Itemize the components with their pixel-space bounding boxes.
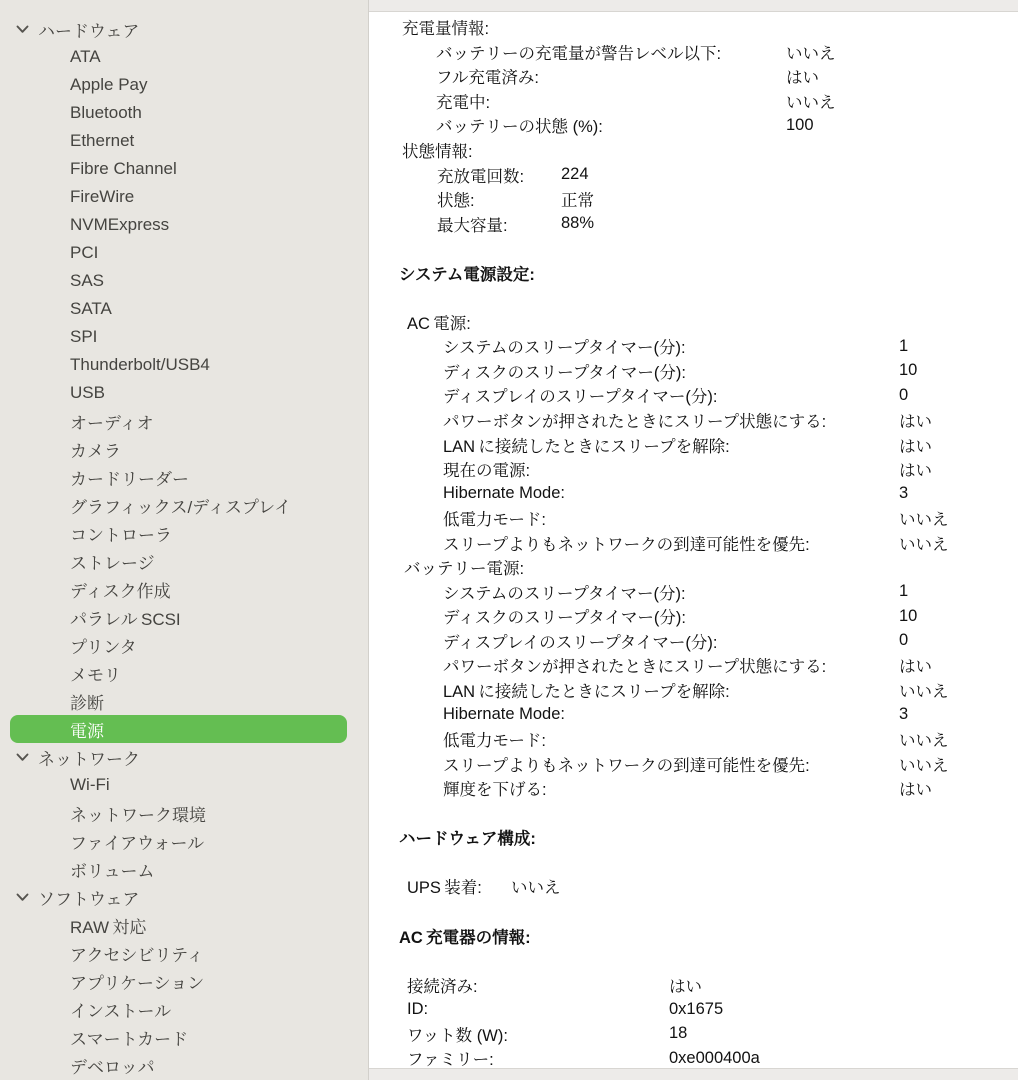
spacer-row [369,285,1018,310]
sidebar-item-13[interactable]: USB [0,379,368,407]
field-value: いいえ [899,506,949,531]
sidebar-item-label: SPI [70,327,97,347]
info-row: 現在の電源:はい [369,457,1018,482]
sidebar-item-label: Fibre Channel [70,159,177,179]
chevron-down-icon [16,25,31,34]
sidebar-item-label: メモリ [70,661,121,686]
sidebar-item-11[interactable]: SPI [0,323,368,351]
sidebar-item-8[interactable]: PCI [0,239,368,267]
sidebar-group-0[interactable]: ハードウェア [0,15,368,43]
field-label: 充放電回数: [437,163,524,187]
field-label: フル充電済み: [436,64,539,88]
field-value: 0 [899,383,908,408]
section-title-row: ハードウェア構成: [369,825,1018,850]
field-value: 1 [899,580,908,605]
info-row: UPS 装着:いいえ [369,874,1018,899]
info-row: LAN に接続したときにスリープを解除:はい [369,432,1018,457]
info-row: バッテリーの状態 (%):100 [369,113,1018,138]
sidebar-item-label: ハードウェア [38,17,139,42]
sidebar-item-label: RAW 対応 [70,913,146,938]
content-top-strip [369,0,1018,12]
sidebar-item-15[interactable]: カメラ [0,435,368,463]
spacer-row [369,948,1018,973]
field-value: はい [786,64,819,89]
field-label: 充電中: [436,89,490,113]
sidebar-item-label: 診断 [70,689,104,714]
field-value: いいえ [899,678,949,703]
sidebar-group-31[interactable]: ソフトウェア [0,883,368,911]
sidebar-item-label: ストレージ [70,549,155,574]
sidebar-item-20[interactable]: ディスク作成 [0,575,368,603]
field-value: はい [899,653,932,678]
info-row: ID:0x1675 [369,997,1018,1022]
field-value: 88% [561,211,594,236]
field-label: スリープよりもネットワークの到達可能性を優先: [443,752,810,776]
field-label: ディスクのスリープタイマー(分): [443,604,686,628]
chevron-down-icon [16,893,31,902]
sidebar-item-label: プリンタ [70,633,137,658]
field-value: 18 [669,1021,687,1046]
info-row: 状態:正常 [369,187,1018,212]
sidebar-item-7[interactable]: NVMExpress [0,211,368,239]
info-row: 低電力モード:いいえ [369,727,1018,752]
section-title: AC 充電器の情報: [399,924,531,948]
sidebar-item-label: ATA [70,47,101,67]
spacer-row [369,899,1018,924]
field-label: LAN に接続したときにスリープを解除: [443,433,730,457]
field-label: 充電量情報: [402,15,489,39]
sidebar-item-34[interactable]: アプリケーション [0,967,368,995]
sidebar-item-35[interactable]: インストール [0,995,368,1023]
sidebar-item-4[interactable]: Ethernet [0,127,368,155]
sidebar-item-label: PCI [70,243,98,263]
field-value: はい [899,408,932,433]
sidebar-item-label: FireWire [70,187,134,207]
field-value: いいえ [899,727,949,752]
sidebar-item-label: 電源 [70,717,104,742]
sidebar-item-label: Thunderbolt/USB4 [70,355,210,375]
sidebar-item-label: Bluetooth [70,103,142,123]
sidebar-item-6[interactable]: FireWire [0,183,368,211]
selection-highlight [10,715,347,743]
info-row: システムのスリープタイマー(分):1 [369,580,1018,605]
sidebar-item-1[interactable]: ATA [0,43,368,71]
power-report: 充電量情報:バッテリーの充電量が警告レベル以下:いいえフル充電済み:はい充電中:… [369,12,1018,1068]
group-title-row: AC 電源: [369,310,1018,335]
sidebar-item-30[interactable]: ボリューム [0,855,368,883]
sidebar-item-label: ネットワーク環境 [70,801,206,826]
sidebar-item-14[interactable]: オーディオ [0,407,368,435]
sidebar-item-36[interactable]: スマートカード [0,1023,368,1051]
sidebar-item-label: カードリーダー [70,465,189,490]
info-row: Hibernate Mode:3 [369,702,1018,727]
field-value: 3 [899,481,908,506]
sidebar-item-23[interactable]: メモリ [0,659,368,687]
field-value: 1 [899,334,908,359]
sidebar-item-10[interactable]: SATA [0,295,368,323]
sidebar-item-label: アクセシビリティ [70,941,204,966]
info-row: フル充電済み:はい [369,64,1018,89]
sidebar-item-label: USB [70,383,105,403]
field-value: いいえ [899,751,949,776]
field-label: 状態: [437,187,475,211]
field-label: Hibernate Mode: [443,484,565,503]
info-row: ワット数 (W):18 [369,1021,1018,1046]
sidebar-item-label: SATA [70,299,112,319]
field-label: 低電力モード: [443,727,546,751]
sidebar-item-label: SAS [70,271,104,291]
content-bottom-strip [369,1068,1018,1080]
info-row: ディスプレイのスリープタイマー(分):0 [369,629,1018,654]
field-value: いいえ [899,530,949,555]
field-value: はい [899,457,932,482]
field-label: パワーボタンが押されたときにスリープ状態にする: [443,408,826,432]
sidebar-item-5[interactable]: Fibre Channel [0,155,368,183]
info-row: Hibernate Mode:3 [369,481,1018,506]
field-label: ID: [407,1000,428,1019]
sidebar-category-list: ハードウェアATAApple PayBluetoothEthernetFibre… [0,15,368,1079]
field-label: UPS 装着: [407,874,482,898]
info-row: バッテリーの充電量が警告レベル以下:いいえ [369,40,1018,65]
field-label: Hibernate Mode: [443,705,565,724]
field-label: ワット数 (W): [407,1022,508,1046]
sidebar-item-label: オーディオ [70,409,154,434]
info-row: システムのスリープタイマー(分):1 [369,334,1018,359]
spacer-row [369,801,1018,826]
sidebar-item-19[interactable]: ストレージ [0,547,368,575]
sidebar-item-label: コントローラ [70,521,172,546]
chevron-down-icon [16,753,31,762]
field-label: ファミリー: [407,1046,494,1068]
field-value: いいえ [786,40,836,65]
field-value: はい [669,972,702,997]
sidebar-item-label: ファイアウォール [70,829,204,854]
info-row: パワーボタンが押されたときにスリープ状態にする:はい [369,653,1018,678]
field-label: 輝度を下げる: [443,776,547,800]
info-row: ディスプレイのスリープタイマー(分):0 [369,383,1018,408]
field-label: 状態情報: [402,138,473,162]
info-row: 接続済み:はい [369,972,1018,997]
field-label: パワーボタンが押されたときにスリープ状態にする: [443,653,826,677]
field-label: ディスクのスリープタイマー(分): [443,359,686,383]
field-value: いいえ [511,874,561,899]
sidebar-item-12[interactable]: Thunderbolt/USB4 [0,351,368,379]
field-label: 接続済み: [407,973,478,997]
sidebar-item-label: カメラ [70,437,121,462]
field-label: バッテリーの状態 (%): [436,113,603,137]
field-value: 100 [786,113,814,138]
section-title: ハードウェア構成: [399,825,536,849]
field-value: 0xe000400a [669,1046,760,1068]
field-label: バッテリーの充電量が警告レベル以下: [436,40,721,64]
sidebar: ハードウェアATAApple PayBluetoothEthernetFibre… [0,0,369,1080]
sidebar-item-21[interactable]: パラレル SCSI [0,603,368,631]
sidebar-item-28[interactable]: ネットワーク環境 [0,799,368,827]
field-label: システムのスリープタイマー(分): [443,580,686,604]
sidebar-item-24[interactable]: 診断 [0,687,368,715]
sidebar-item-32[interactable]: RAW 対応 [0,911,368,939]
section-title-row: AC 充電器の情報: [369,923,1018,948]
info-row: ファミリー:0xe000400a [369,1046,1018,1068]
field-label: 現在の電源: [443,457,530,481]
sidebar-item-label: インストール [70,997,171,1022]
field-label: バッテリー電源: [404,555,524,579]
sidebar-item-label: スマートカード [70,1025,188,1050]
section-title: システム電源設定: [399,261,535,285]
field-label: 最大容量: [437,212,508,236]
field-value: 224 [561,162,589,187]
sidebar-item-37[interactable]: デベロッパ [0,1051,368,1079]
sidebar-item-label: ネットワーク [38,745,140,770]
sidebar-item-label: ボリューム [70,857,155,882]
sidebar-item-2[interactable]: Apple Pay [0,71,368,99]
info-row: パワーボタンが押されたときにスリープ状態にする:はい [369,408,1018,433]
field-value: 0x1675 [669,997,723,1022]
info-row: ディスクのスリープタイマー(分):10 [369,604,1018,629]
field-label: ディスプレイのスリープタイマー(分): [443,629,717,653]
info-row: スリープよりもネットワークの到達可能性を優先:いいえ [369,530,1018,555]
sidebar-item-label: ソフトウェア [38,885,139,910]
field-label: LAN に接続したときにスリープを解除: [443,678,730,702]
field-value: 10 [899,359,917,384]
field-value: 正常 [561,187,594,212]
field-label: 低電力モード: [443,506,546,530]
field-value: はい [899,776,932,801]
sidebar-item-3[interactable]: Bluetooth [0,99,368,127]
group-title-row: バッテリー電源: [369,555,1018,580]
info-row: ディスクのスリープタイマー(分):10 [369,359,1018,384]
sidebar-item-33[interactable]: アクセシビリティ [0,939,368,967]
field-label: ディスプレイのスリープタイマー(分): [443,383,717,407]
sidebar-item-label: グラフィックス/ディスプレイ [70,493,291,518]
field-value: はい [899,432,932,457]
sidebar-item-17[interactable]: グラフィックス/ディスプレイ [0,491,368,519]
field-value: 3 [899,702,908,727]
sidebar-item-label: Apple Pay [70,75,148,95]
sidebar-item-label: NVMExpress [70,215,169,235]
info-row: 充放電回数:224 [369,162,1018,187]
system-information-window: ハードウェアATAApple PayBluetoothEthernetFibre… [0,0,1018,1080]
info-row: LAN に接続したときにスリープを解除:いいえ [369,678,1018,703]
sidebar-item-label: ディスク作成 [70,577,171,602]
sidebar-item-25[interactable]: 電源 [0,715,368,743]
sidebar-group-26[interactable]: ネットワーク [0,743,368,771]
section-title-row: システム電源設定: [369,260,1018,285]
sidebar-item-label: パラレル SCSI [70,605,181,630]
sidebar-item-16[interactable]: カードリーダー [0,463,368,491]
sidebar-item-22[interactable]: プリンタ [0,631,368,659]
sidebar-item-9[interactable]: SAS [0,267,368,295]
field-label: AC 電源: [407,310,471,334]
report-pane: 充電量情報:バッテリーの充電量が警告レベル以下:いいえフル充電済み:はい充電中:… [369,0,1018,1080]
info-row: 充電中:いいえ [369,89,1018,114]
sidebar-item-29[interactable]: ファイアウォール [0,827,368,855]
sidebar-item-label: デベロッパ [70,1053,155,1078]
field-label: スリープよりもネットワークの到達可能性を優先: [443,531,810,555]
group-title-row: 状態情報: [369,138,1018,163]
spacer-row [369,236,1018,261]
sidebar-item-27[interactable]: Wi-Fi [0,771,368,799]
info-row: 輝度を下げる:はい [369,776,1018,801]
sidebar-item-label: Wi-Fi [70,775,110,795]
field-value: 0 [899,629,908,654]
info-row: スリープよりもネットワークの到達可能性を優先:いいえ [369,751,1018,776]
info-row: 低電力モード:いいえ [369,506,1018,531]
sidebar-item-label: アプリケーション [70,969,204,994]
spacer-row [369,850,1018,875]
field-label: システムのスリープタイマー(分): [443,334,686,358]
group-title-row: 充電量情報: [369,15,1018,40]
field-value: いいえ [786,89,836,114]
sidebar-item-18[interactable]: コントローラ [0,519,368,547]
field-value: 10 [899,604,917,629]
sidebar-item-label: Ethernet [70,131,134,151]
info-row: 最大容量:88% [369,211,1018,236]
